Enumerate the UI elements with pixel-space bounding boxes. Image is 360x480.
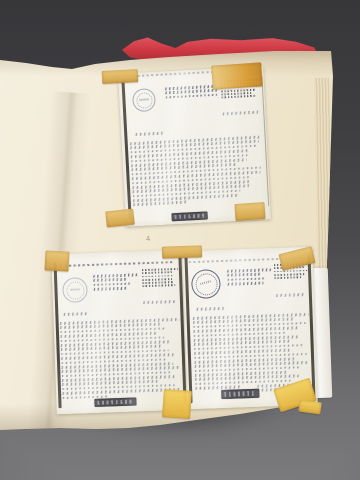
tape-top-letter-top-left (102, 69, 139, 84)
salutation-handwriting (135, 132, 165, 138)
pencil-page-number: 4 (146, 236, 152, 243)
censor-bar (171, 211, 207, 221)
date-handwriting (143, 300, 177, 306)
photo-background: 4 (0, 0, 360, 480)
censor-stamp-icon (188, 266, 224, 302)
date-handwriting (222, 111, 258, 117)
censor-bar (221, 389, 259, 399)
tape-top-letter-bottom-right (234, 202, 265, 221)
salutation-handwriting (196, 307, 228, 313)
tape-bottom-left-letter-top-left (44, 250, 69, 271)
address-handwriting (93, 273, 140, 292)
printed-form-header (60, 261, 174, 267)
censor-stamp-icon (132, 88, 156, 112)
date-handwriting (276, 293, 306, 298)
censor-stamp-icon (62, 277, 88, 303)
body-handwriting (193, 313, 312, 392)
body-handwriting (130, 136, 263, 209)
tape-bottom-letters-bottom-center (162, 389, 192, 419)
tape-top-letter-top-right (211, 62, 263, 89)
censor-bar (94, 397, 136, 406)
salutation-handwriting (63, 312, 91, 317)
tape-top-letter-bottom-left (105, 209, 135, 228)
tape-bottom-letters-top-center (162, 245, 202, 258)
printed-sender-block (142, 268, 179, 289)
address-handwriting (227, 268, 272, 287)
address-handwriting (165, 85, 218, 101)
